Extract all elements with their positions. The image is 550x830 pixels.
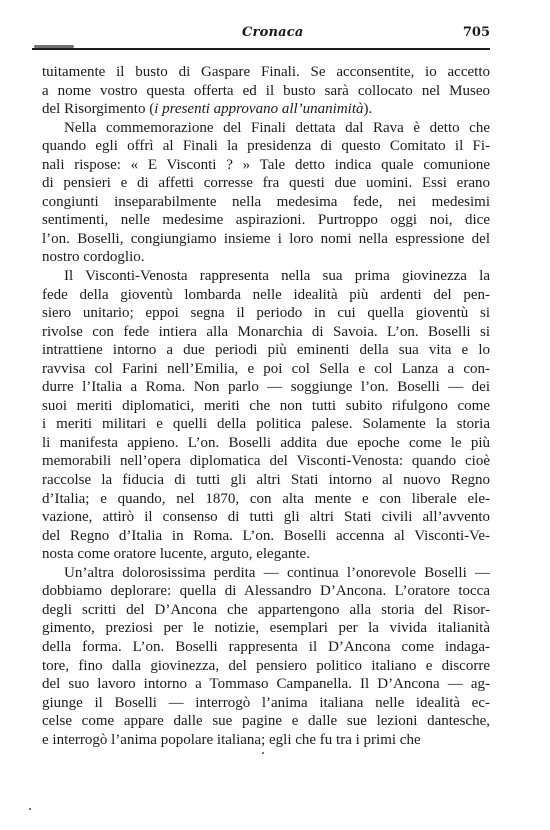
text-line: dobbiamo deplorare: quella di Alessandro… — [42, 582, 490, 601]
italic-stage-direction: i presenti approvano all’unanimità — [154, 101, 363, 117]
paragraph: Un’altra dolorosissima perdita — continu… — [42, 564, 490, 749]
text-line: nosta come oratore lucente, arguto, eleg… — [42, 545, 490, 564]
paragraph: tuitamente il busto di Gaspare Finali. S… — [42, 63, 490, 119]
text-line: nostro cordoglio. — [42, 248, 490, 267]
text-line: quando egli offrì al Finali la presidenz… — [42, 137, 490, 156]
body-text: tuitamente il busto di Gaspare Finali. S… — [42, 63, 490, 749]
text-line: gimento, preziosi per le notizie, esempl… — [42, 619, 490, 638]
text-line: memorabili nell’opera diplomatica del Vi… — [42, 452, 490, 471]
header-rule — [32, 48, 490, 50]
text-line: e interrogò l’anima popolare italiana; e… — [42, 731, 490, 750]
print-speck — [262, 752, 264, 754]
text-line: i meriti militari e quelli della politic… — [42, 415, 490, 434]
paragraph: Il Visconti-Venosta rappresenta nella su… — [42, 267, 490, 564]
text-line: nali rispose: « E Visconti ? » Tale dett… — [42, 156, 490, 175]
text-line: celse come appare dalle sue pagine e dal… — [42, 712, 490, 731]
print-speck — [29, 808, 31, 810]
text-line: siero unitario; eppoi segna il periodo i… — [42, 304, 490, 323]
text-line: congiunti inseparabilmente nella medesim… — [42, 193, 490, 212]
text-line: raccolse la fiducia di tutti gli altri S… — [42, 471, 490, 490]
text-line: durre l’Italia a Roma. Non parlo — soggi… — [42, 378, 490, 397]
text-line: del suo lavoro intorno a Tommaso Campane… — [42, 675, 490, 694]
text-line: tuitamente il busto di Gaspare Finali. S… — [42, 63, 490, 82]
text-line: suoi meriti diplomatici, meriti che non … — [42, 397, 490, 416]
text-line: Il Visconti-Venosta rappresenta nella su… — [42, 267, 490, 286]
text-line: d’Italia; e quando, nel 1870, con alta m… — [42, 490, 490, 509]
section-title: Cronaca — [242, 25, 303, 40]
paragraph: Nella commemorazione del Finali dettata … — [42, 119, 490, 267]
text-line: giunge il Boselli — interrogò l’anima it… — [42, 694, 490, 713]
text-line: li manifesta appieno. L’on. Boselli addi… — [42, 434, 490, 453]
text-line: vazione, attirò il consenso di tutti gli… — [42, 508, 490, 527]
text-line: Un’altra dolorosissima perdita — continu… — [42, 564, 490, 583]
text-line: della forma. L’on. Boselli rappresenta i… — [42, 638, 490, 657]
text-line: ravvisa col Farini nell’Emilia, e poi co… — [42, 360, 490, 379]
text-line: del Regno d’Italia in Roma. L’on. Bosell… — [42, 527, 490, 546]
text-line: di pensieri e di affetti corresse fra qu… — [42, 174, 490, 193]
book-page: Cronaca 705 tuitamente il busto di Gaspa… — [0, 0, 550, 830]
text-line: del Risorgimento (i presenti approvano a… — [42, 100, 490, 119]
text-line: intrattiene intorno a due periodi più em… — [42, 341, 490, 360]
text-line: l’on. Boselli, congiungiamo insieme i lo… — [42, 230, 490, 249]
text-line: fede della gioventù lombarda nelle ideal… — [42, 286, 490, 305]
text-line: Nella commemorazione del Finali dettata … — [42, 119, 490, 138]
running-head: Cronaca 705 — [32, 25, 490, 45]
text-line: a nome vostro questa offerta ed il busto… — [42, 82, 490, 101]
text-line: sentimenti, nelle medesime aspirazioni. … — [42, 211, 490, 230]
page-number: 705 — [463, 25, 490, 40]
text-line: rivolse con fede intiera alla Monarchia … — [42, 323, 490, 342]
text-line: tore, fino dalla giovinezza, del pensier… — [42, 657, 490, 676]
text-line: degli scritti del D’Ancona che apparteng… — [42, 601, 490, 620]
